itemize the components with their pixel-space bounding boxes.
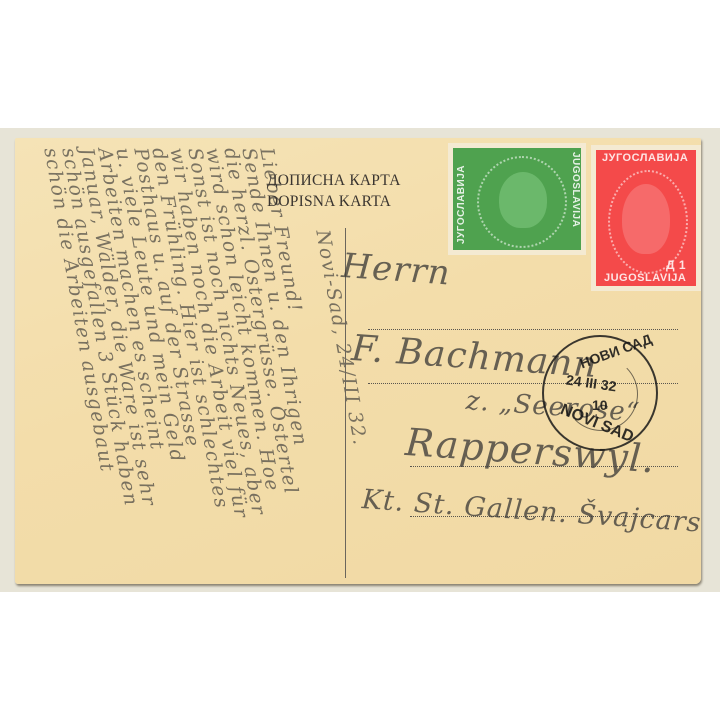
stamp-portrait [499,172,547,228]
address-salutation: Herrn [340,246,452,294]
card-header: ДОПИСНА КАРТА DOPISNA KARTA [267,170,401,212]
postmark-hour: 10 [592,397,608,413]
address-region: Kt. St. Gallen. Švajcarska [361,484,701,541]
stamp-green: ЈУГОСЛАВИЈА JUGOSLAVIJA [448,143,586,255]
postmark: НОВИ САД 24 III 32 10 NOVI SAD [542,335,658,451]
stamp-red: ЈУГОСЛАВИЈА Д 1 JUGOSLAVIJA [591,145,701,291]
header-latin: DOPISNA KARTA [267,191,401,212]
address-line-1 [368,329,678,330]
stamp-red-value: Д 1 [666,258,686,272]
stamp-portrait [622,184,670,254]
stamp-red-print: ЈУГОСЛАВИЈА Д 1 JUGOSLAVIJA [596,150,696,286]
postcard: Novi-Sad, 24/III 32. Lieber Freund! Send… [15,138,701,584]
stamp-green-country-cyr: ЈУГОСЛАВИЈА [456,165,467,244]
header-cyrillic: ДОПИСНА КАРТА [267,170,401,191]
stamp-red-country-lat: JUGOSLAVIJA [604,272,686,284]
stamp-red-country-cyr: ЈУГОСЛАВИЈА [602,152,688,164]
stamp-green-country-lat: JUGOSLAVIJA [570,152,581,227]
stamp-green-print: ЈУГОСЛАВИЈА JUGOSLAVIJA [453,148,581,250]
